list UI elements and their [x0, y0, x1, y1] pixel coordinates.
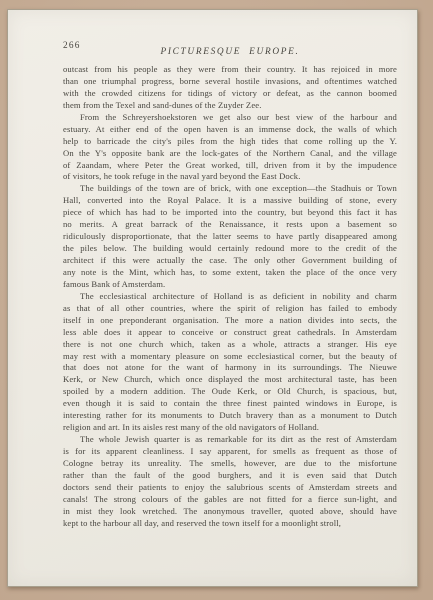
text-line: piece of which has had to be imported in…: [63, 207, 397, 219]
text-line: there is not one church which, taken as …: [63, 339, 397, 351]
text-line: than one triumphal progress, borne sever…: [63, 76, 397, 88]
text-line: help to barricade the city's piles from …: [63, 136, 397, 148]
text-line: outcast from his people as they were fro…: [63, 64, 397, 76]
text-line: the piles below. The building would cert…: [63, 243, 397, 255]
text-line: Hall, converted into the Royal Palace. I…: [63, 195, 397, 207]
text-line: as that of all other countries, where th…: [63, 303, 397, 315]
paragraph: From the Schreyershoekstoren we get also…: [63, 112, 397, 184]
text-line: The buildings of the town are of brick, …: [63, 183, 397, 195]
text-line: architect if this were actually the case…: [63, 255, 397, 267]
text-line: kept to the harbour all day, and reserve…: [63, 518, 397, 530]
text-line: doctors send their patients to enjoy the…: [63, 482, 397, 494]
text-line: itself in one preponderant organisation.…: [63, 315, 397, 327]
scan-background: 266 PICTURESQUE EUROPE. outcast from his…: [0, 0, 433, 600]
text-line: estuary. At either end of the open haven…: [63, 124, 397, 136]
text-line: with the crowded citizens for tidings of…: [63, 88, 397, 100]
text-line: The ecclesiastical architecture of Holla…: [63, 291, 397, 303]
page-number: 266: [63, 41, 81, 51]
text-line: in mist they look wretched. The anonymou…: [63, 506, 397, 518]
text-line: rather than the fault of the good burghe…: [63, 470, 397, 482]
paragraph: The whole Jewish quarter is as remarkabl…: [63, 434, 397, 530]
text-line: of Zaandam, where Peter the Great worked…: [63, 160, 397, 172]
text-column: 266 PICTURESQUE EUROPE. outcast from his…: [63, 41, 397, 530]
text-line: The whole Jewish quarter is as remarkabl…: [63, 434, 397, 446]
page-header: 266 PICTURESQUE EUROPE.: [63, 41, 397, 54]
text-line: less able does it appear to conceive or …: [63, 327, 397, 339]
text-line: of visitors, he took refuge in the naval…: [63, 171, 397, 183]
book-page: 266 PICTURESQUE EUROPE. outcast from his…: [7, 9, 418, 587]
text-line: interesting rather for its monuments to …: [63, 410, 397, 422]
text-line: that does not atone for the want of harm…: [63, 362, 397, 374]
text-line: From the Schreyershoekstoren we get also…: [63, 112, 397, 124]
text-body: outcast from his people as they were fro…: [63, 64, 397, 530]
text-line: no merits. A great barrack of the Renais…: [63, 219, 397, 231]
paragraph: The ecclesiastical architecture of Holla…: [63, 291, 397, 434]
text-line: famous Bank of Amsterdam.: [63, 279, 397, 291]
text-line: Kerk, or New Church, which once displaye…: [63, 374, 397, 386]
running-title: PICTURESQUE EUROPE.: [160, 47, 299, 57]
text-line: even though it is said to contain the th…: [63, 398, 397, 410]
text-line: ridiculously disproportionate, that the …: [63, 231, 397, 243]
text-line: On the Y's opposite bank are the lock-ga…: [63, 148, 397, 160]
text-line: spoiled by a modern addition. The Oude K…: [63, 386, 397, 398]
text-line: them from the Texel and sand-dunes of th…: [63, 100, 397, 112]
text-line: canals! The strong colours of the gables…: [63, 494, 397, 506]
text-line: Cologne betray its unreality. The smells…: [63, 458, 397, 470]
text-line: may rest with a momentary pleasure on so…: [63, 351, 397, 363]
paragraph: outcast from his people as they were fro…: [63, 64, 397, 112]
paragraph: The buildings of the town are of brick, …: [63, 183, 397, 290]
text-line: religion and art. In its aisles rest man…: [63, 422, 397, 434]
text-line: any note is the Mint, which has, to some…: [63, 267, 397, 279]
text-line: is for its apparent cleanliness. I say a…: [63, 446, 397, 458]
